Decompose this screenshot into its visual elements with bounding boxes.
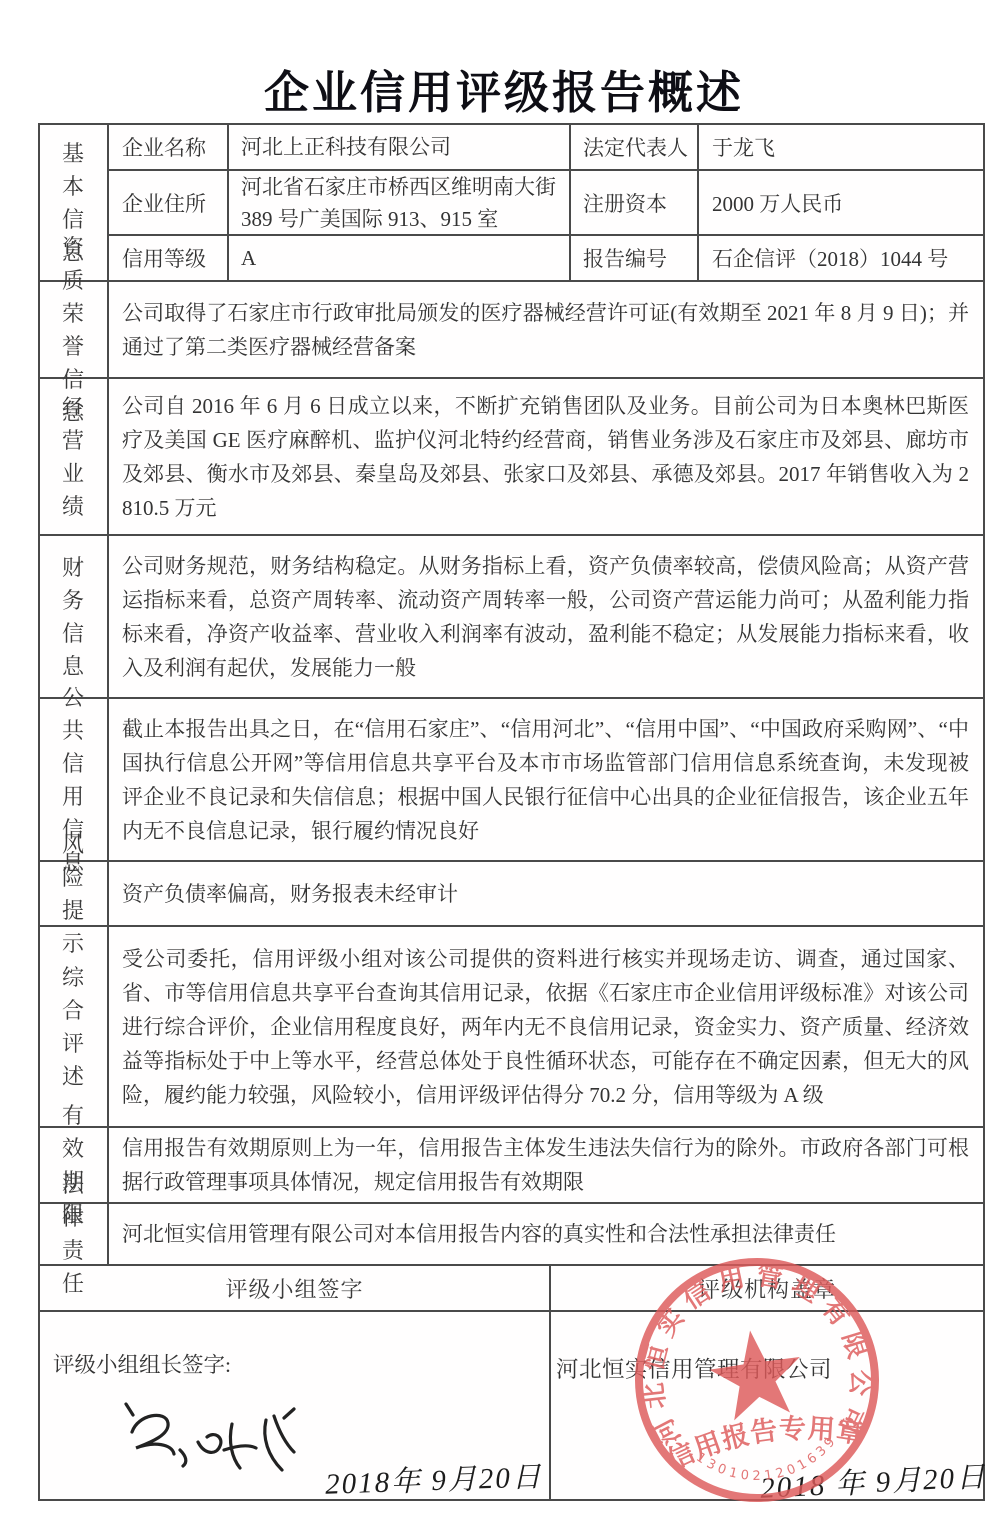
risk-text: 资产负债率偏高，财务报表未经审计 <box>122 877 458 911</box>
page-title: 企业信用评级报告概述 <box>0 56 1008 121</box>
team-signature-date: 2018年 9月20日 <box>325 1454 544 1503</box>
section-label-business: 经营业绩 <box>40 379 109 534</box>
report-number-value: 石企信评（2018）1044 号 <box>697 236 983 280</box>
section-label-summary: 综合评述 <box>40 927 109 1126</box>
section-label-legal: 法律责任 <box>40 1204 109 1264</box>
table-row: 信用等级 A 报告编号 石企信评（2018）1044 号 <box>109 234 983 280</box>
legal-text: 河北恒实信用管理有限公司对本信用报告内容的真实性和合法性承担法律责任 <box>122 1217 836 1251</box>
team-signature-cell: 评级小组组长签字: 2018年 9月20日 <box>40 1312 551 1499</box>
org-seal-header: 评级机构盖章 <box>551 1266 983 1310</box>
handwritten-signature <box>112 1396 312 1488</box>
rating-company-name: 河北恒实信用管理有限公司 <box>556 1352 832 1384</box>
finance-text: 公司财务规范，财务结构稳定。从财务指标上看，资产负债率较高，偿债风险高；从资产营… <box>122 549 969 685</box>
section-label-finance: 财务信息 <box>40 536 109 697</box>
basic-info-grid: 企业名称 河北上正科技有限公司 法定代表人 于龙飞 企业住所 河北省石家庄市桥西… <box>109 125 983 280</box>
business-text: 公司自 2016 年 6 月 6 日成立以来，不断扩充销售团队及业务。目前公司为… <box>122 389 969 525</box>
company-address-label: 企业住所 <box>109 171 227 234</box>
table-row: 企业名称 河北上正科技有限公司 法定代表人 于龙飞 <box>109 125 983 169</box>
legal-rep-value: 于龙飞 <box>697 125 983 169</box>
public-credit-text: 截止本报告出具之日，在“信用石家庄”、“信用河北”、“信用中国”、“中国政府采购… <box>122 712 969 848</box>
report-table: 基本信息 企业名称 河北上正科技有限公司 法定代表人 于龙飞 企业住所 河北省石… <box>38 123 985 1501</box>
validity-text: 信用报告有效期原则上为一年，信用报告主体发生违法失信行为的除外。市政府各部门可根… <box>122 1131 969 1199</box>
org-seal-date: 2018 年 9月20日 <box>759 1454 988 1507</box>
credit-grade-label: 信用等级 <box>109 236 227 280</box>
org-seal-cell: 河北恒实信用管理有限公司 2018 年 9月20日 <box>551 1312 983 1499</box>
company-name-value: 河北上正科技有限公司 <box>227 125 569 169</box>
summary-text: 受公司委托，信用评级小组对该公司提供的资料进行核实并现场走访、调查，通过国家、省… <box>122 942 969 1112</box>
credit-grade-value: A <box>227 236 569 280</box>
table-row: 企业住所 河北省石家庄市桥西区维明南大街 389 号广美国际 913、915 室… <box>109 169 983 234</box>
qualification-text: 公司取得了石家庄市行政审批局颁发的医疗器械经营许可证(有效期至 2021 年 8… <box>122 296 969 364</box>
section-label-risk: 风险提示 <box>40 862 109 925</box>
company-name-label: 企业名称 <box>109 125 227 169</box>
legal-rep-label: 法定代表人 <box>569 125 697 169</box>
company-address-value: 河北省石家庄市桥西区维明南大街 389 号广美国际 913、915 室 <box>227 171 569 234</box>
team-signature-header: 评级小组签字 <box>40 1266 551 1310</box>
section-label-qualification: 资质荣誉信息 <box>40 282 109 377</box>
team-leader-signature-label: 评级小组组长签字: <box>53 1348 231 1379</box>
report-number-label: 报告编号 <box>569 236 697 280</box>
registered-capital-value: 2000 万人民币 <box>697 171 983 234</box>
registered-capital-label: 注册资本 <box>569 171 697 234</box>
